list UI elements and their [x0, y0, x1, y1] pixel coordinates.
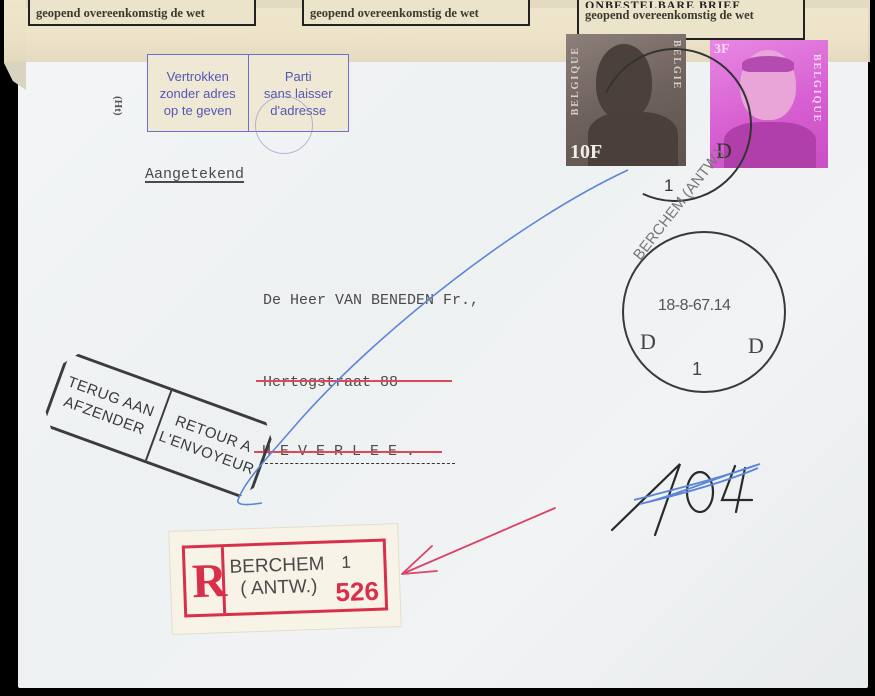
- address-street: Hertogstraat 88: [263, 374, 398, 391]
- undeliverable-label: Vertrokken zonder adres op te geven Part…: [147, 54, 349, 132]
- side-mark: (Ht): [112, 96, 124, 116]
- city-strikethrough: [254, 451, 442, 453]
- faint-postmark: [255, 96, 313, 154]
- street-strikethrough: [256, 380, 452, 382]
- registered-note: Aangetekend: [145, 166, 244, 183]
- hair: [742, 56, 794, 72]
- tape-label-header: ONBESTELBARE BRIEF: [585, 0, 797, 8]
- address-name: De Heer VAN BENEDEN Fr.,: [263, 292, 479, 309]
- postmark-date: 18-8-67.14: [658, 297, 730, 315]
- registration-number: 526: [335, 576, 379, 608]
- tape-label-text: geopend overeenkomstig de wet: [310, 6, 479, 20]
- registration-office: BERCHEM ( ANTW.): [229, 554, 325, 601]
- undeliverable-dutch: Vertrokken zonder adres op te geven: [148, 55, 248, 131]
- postmark-number: 1: [664, 176, 673, 196]
- tape-label-1: geopend overeenkomstig de wet: [28, 0, 256, 26]
- tape-label-2: geopend overeenkomstig de wet: [302, 0, 530, 26]
- tape-label-text: geopend overeenkomstig de wet: [585, 8, 754, 22]
- tape-label-text: geopend overeenkomstig de wet: [36, 6, 205, 20]
- registration-label: R BERCHEM ( ANTW.) 1 526: [169, 524, 400, 634]
- postmark-berchem: BERCHEM (ANTW.) 18-8-67.14 D D 1: [622, 231, 786, 393]
- city-underline-dashes: [265, 463, 455, 464]
